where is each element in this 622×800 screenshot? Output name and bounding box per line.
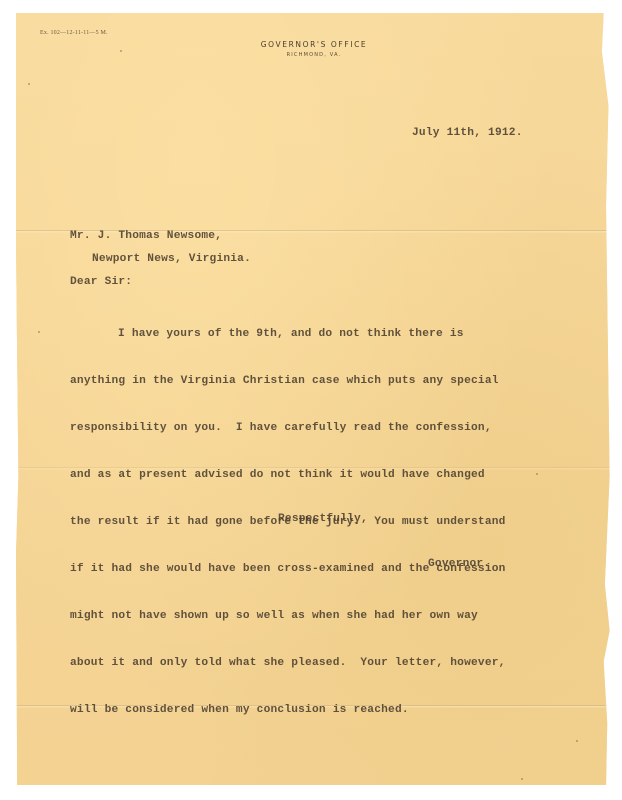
form-number: Ex. 102—12-11-11—5 M. (40, 30, 108, 36)
recipient-address: Newport News, Virginia. (92, 253, 251, 265)
paper-speck (120, 50, 122, 52)
body-line: and as at present advised do not think i… (70, 464, 506, 487)
body-line: anything in the Virginia Christian case … (70, 370, 506, 393)
body-line: will be considered when my conclusion is… (70, 699, 506, 722)
signature: Governor. (428, 558, 490, 570)
letterhead-location: RICHMOND, VA. (16, 52, 612, 58)
paper-speck (38, 331, 40, 333)
closing: Respectfully, (278, 513, 368, 525)
letter-date: July 11th, 1912. (412, 127, 523, 139)
recipient-name: Mr. J. Thomas Newsome, (70, 230, 222, 242)
salutation: Dear Sir: (70, 276, 132, 288)
body-line: I have yours of the 9th, and do not thin… (70, 323, 506, 346)
body-line: responsibility on you. I have carefully … (70, 417, 506, 440)
letter-paper: Ex. 102—12-11-11—5 M. GOVERNOR'S OFFICE … (16, 13, 612, 785)
paper-speck (576, 740, 578, 742)
paper-speck (536, 473, 538, 475)
letterhead-title: GOVERNOR'S OFFICE (16, 40, 612, 49)
paper-speck (521, 778, 523, 780)
paper-speck (28, 83, 30, 85)
body-line: about it and only told what she pleased.… (70, 652, 506, 675)
body-line: might not have shown up so well as when … (70, 605, 506, 628)
